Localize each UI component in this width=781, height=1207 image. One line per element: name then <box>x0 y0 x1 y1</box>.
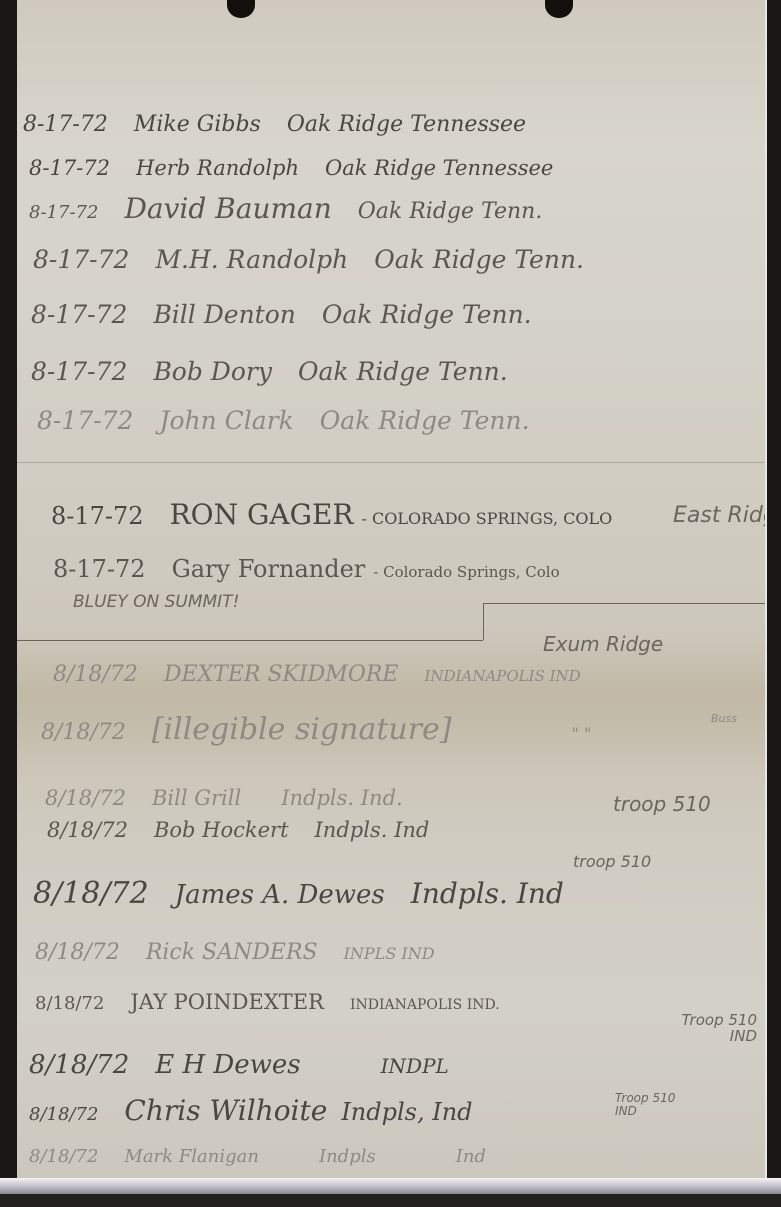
entry-place: INPLS IND <box>344 944 435 963</box>
entry-name: Gary Fornander <box>172 555 366 583</box>
register-entry: 8-17-72John ClarkOak Ridge Tenn. <box>37 406 556 435</box>
entry-date: 8-17-72 <box>31 357 127 386</box>
entry-place: Indpls. Ind <box>315 818 430 842</box>
entry-place: Oak Ridge Tennessee <box>287 112 526 137</box>
entry-place: Oak Ridge Tenn. <box>374 245 584 274</box>
drawn-line <box>17 640 483 641</box>
register-entry: 8/18/72E H DewesINDPL <box>29 1050 475 1080</box>
register-entry: 8/18/72Bill GrillIndpls. Ind. <box>45 786 429 810</box>
entry-name: Mark Flanigan <box>124 1146 259 1167</box>
register-entry: 8-17-72Bill DentonOak Ridge Tenn. <box>31 300 558 329</box>
entry-date: 8/18/72 <box>29 1104 98 1125</box>
troop-note: Troop 510 IND <box>677 1012 757 1044</box>
entry-place: INDPL <box>381 1054 449 1078</box>
binding-hole <box>545 0 573 18</box>
entry-name: JAY POINDEXTER <box>130 990 324 1014</box>
entry-name: David Bauman <box>124 192 331 225</box>
entry-name: DEXTER SKIDMORE <box>164 662 399 687</box>
entry-date: 8-17-72 <box>29 156 110 180</box>
entry-date: 8/18/72 <box>35 993 104 1014</box>
entry-place: Oak Ridge Tenn. <box>320 406 530 435</box>
entry-place: Oak Ridge Tenn. <box>358 199 543 224</box>
entry-name: E H Dewes <box>155 1050 300 1080</box>
register-entry: 8/18/72Chris WilhoiteIndpls, Ind <box>29 1094 499 1127</box>
entry-name: James A. Dewes <box>175 880 385 910</box>
register-page: 8-17-72Mike GibbsOak Ridge Tennessee 8-1… <box>17 0 767 1185</box>
entry-date: 8-17-72 <box>29 202 98 223</box>
register-entry: 8-17-72David BaumanOak Ridge Tenn. <box>29 192 568 225</box>
entry-name: RON GAGER <box>170 498 354 531</box>
entry-name: Bob Dory <box>153 357 272 386</box>
binding-hole <box>227 0 255 18</box>
entry-name: M.H. Randolph <box>155 245 348 274</box>
entry-name: Chris Wilhoite <box>124 1094 327 1127</box>
entry-name: Mike Gibbs <box>134 112 261 137</box>
register-entry: 8-17-72RON GAGER- COLORADO SPRINGS, COLO <box>51 498 638 531</box>
troop-note: troop 510 <box>573 852 651 871</box>
entry-place: Indpls, Ind <box>341 1098 472 1126</box>
entry-place: Indpls. Ind <box>411 877 564 910</box>
entry-date: 8-17-72 <box>37 406 133 435</box>
entry-date: 8/18/72 <box>41 720 126 745</box>
entry-name: Bill Grill <box>152 786 241 810</box>
entry-place: Oak Ridge Tenn. <box>322 300 532 329</box>
entry-name: Bob Hockert <box>154 818 289 842</box>
entry-name: Bill Denton <box>153 300 295 329</box>
register-entry: 8/18/72[illegible signature]" " <box>41 712 617 747</box>
entry-date: 8/18/72 <box>35 940 120 965</box>
entry-date: 8-17-72 <box>31 300 127 329</box>
entry-place: Indpls. Ind. <box>281 786 403 810</box>
troop-note: Troop 510 IND <box>615 1092 695 1118</box>
entry-place: Oak Ridge Tennessee <box>325 156 553 180</box>
register-entry: 8/18/72JAY POINDEXTERINDIANAPOLIS IND. <box>35 990 526 1014</box>
register-entry: 8/18/72Bob HockertIndpls. Ind <box>47 818 455 842</box>
water-stain <box>17 635 765 775</box>
entry-place: Indpls <box>319 1146 376 1167</box>
register-entry: 8-17-72Herb RandolphOak Ridge Tennessee <box>29 156 579 180</box>
entry-date: 8/18/72 <box>47 818 128 842</box>
register-entry: 8-17-72Bob DoryOak Ridge Tenn. <box>31 357 534 386</box>
register-entry: 8-17-72Mike GibbsOak Ridge Tennessee <box>23 112 552 137</box>
register-entry: 8-17-72Gary Fornander- Colorado Springs,… <box>53 555 586 583</box>
entry-date: 8-17-72 <box>51 502 144 530</box>
entry-name: Herb Randolph <box>136 156 299 180</box>
entry-name: John Clark <box>159 406 293 435</box>
entry-place: Oak Ridge Tenn. <box>298 357 508 386</box>
register-entry: 8/18/72DEXTER SKIDMOREINDIANAPOLIS IND <box>53 662 607 687</box>
entry-date: 8/18/72 <box>45 786 126 810</box>
entry-place: - Colorado Springs, Colo <box>373 563 559 581</box>
superscript-note: Buss <box>711 712 737 725</box>
entry-date: 8/18/72 <box>29 1050 129 1080</box>
divider-line <box>17 462 765 463</box>
entry-place: INDIANAPOLIS IND <box>425 667 581 685</box>
summit-note: BLUEY ON SUMMIT! <box>73 592 239 612</box>
drawn-line <box>483 603 484 640</box>
entry-place: INDIANAPOLIS IND. <box>350 997 500 1013</box>
entry-date: 8-17-72 <box>53 555 146 583</box>
entry-name: [illegible signature] <box>152 712 452 747</box>
route-note: Exum Ridge <box>543 632 663 656</box>
register-entry: 8/18/72Mark FlaniganIndplsInd <box>29 1146 512 1167</box>
entry-name: Rick SANDERS <box>146 940 318 965</box>
entry-place: - COLORADO SPRINGS, COLO <box>362 509 613 528</box>
background <box>0 1194 781 1207</box>
entry-date: 8/18/72 <box>53 662 138 687</box>
drawn-line <box>483 603 765 604</box>
metal-binding-strip <box>0 1178 781 1194</box>
entry-date: 8/18/72 <box>33 876 149 911</box>
register-entry: 8-17-72M.H. RandolphOak Ridge Tenn. <box>33 245 610 274</box>
entry-date: 8/18/72 <box>29 1146 98 1167</box>
route-note: East Ridge <box>673 502 767 530</box>
register-entry: 8/18/72James A. DewesIndpls. Ind <box>33 876 590 911</box>
entry-extra: Ind <box>456 1146 486 1167</box>
entry-place: " " <box>572 724 592 743</box>
entry-date: 8-17-72 <box>23 112 108 137</box>
register-entry: 8/18/72Rick SANDERSINPLS IND <box>35 940 461 965</box>
entry-date: 8-17-72 <box>33 245 129 274</box>
troop-note: troop 510 <box>613 792 711 816</box>
